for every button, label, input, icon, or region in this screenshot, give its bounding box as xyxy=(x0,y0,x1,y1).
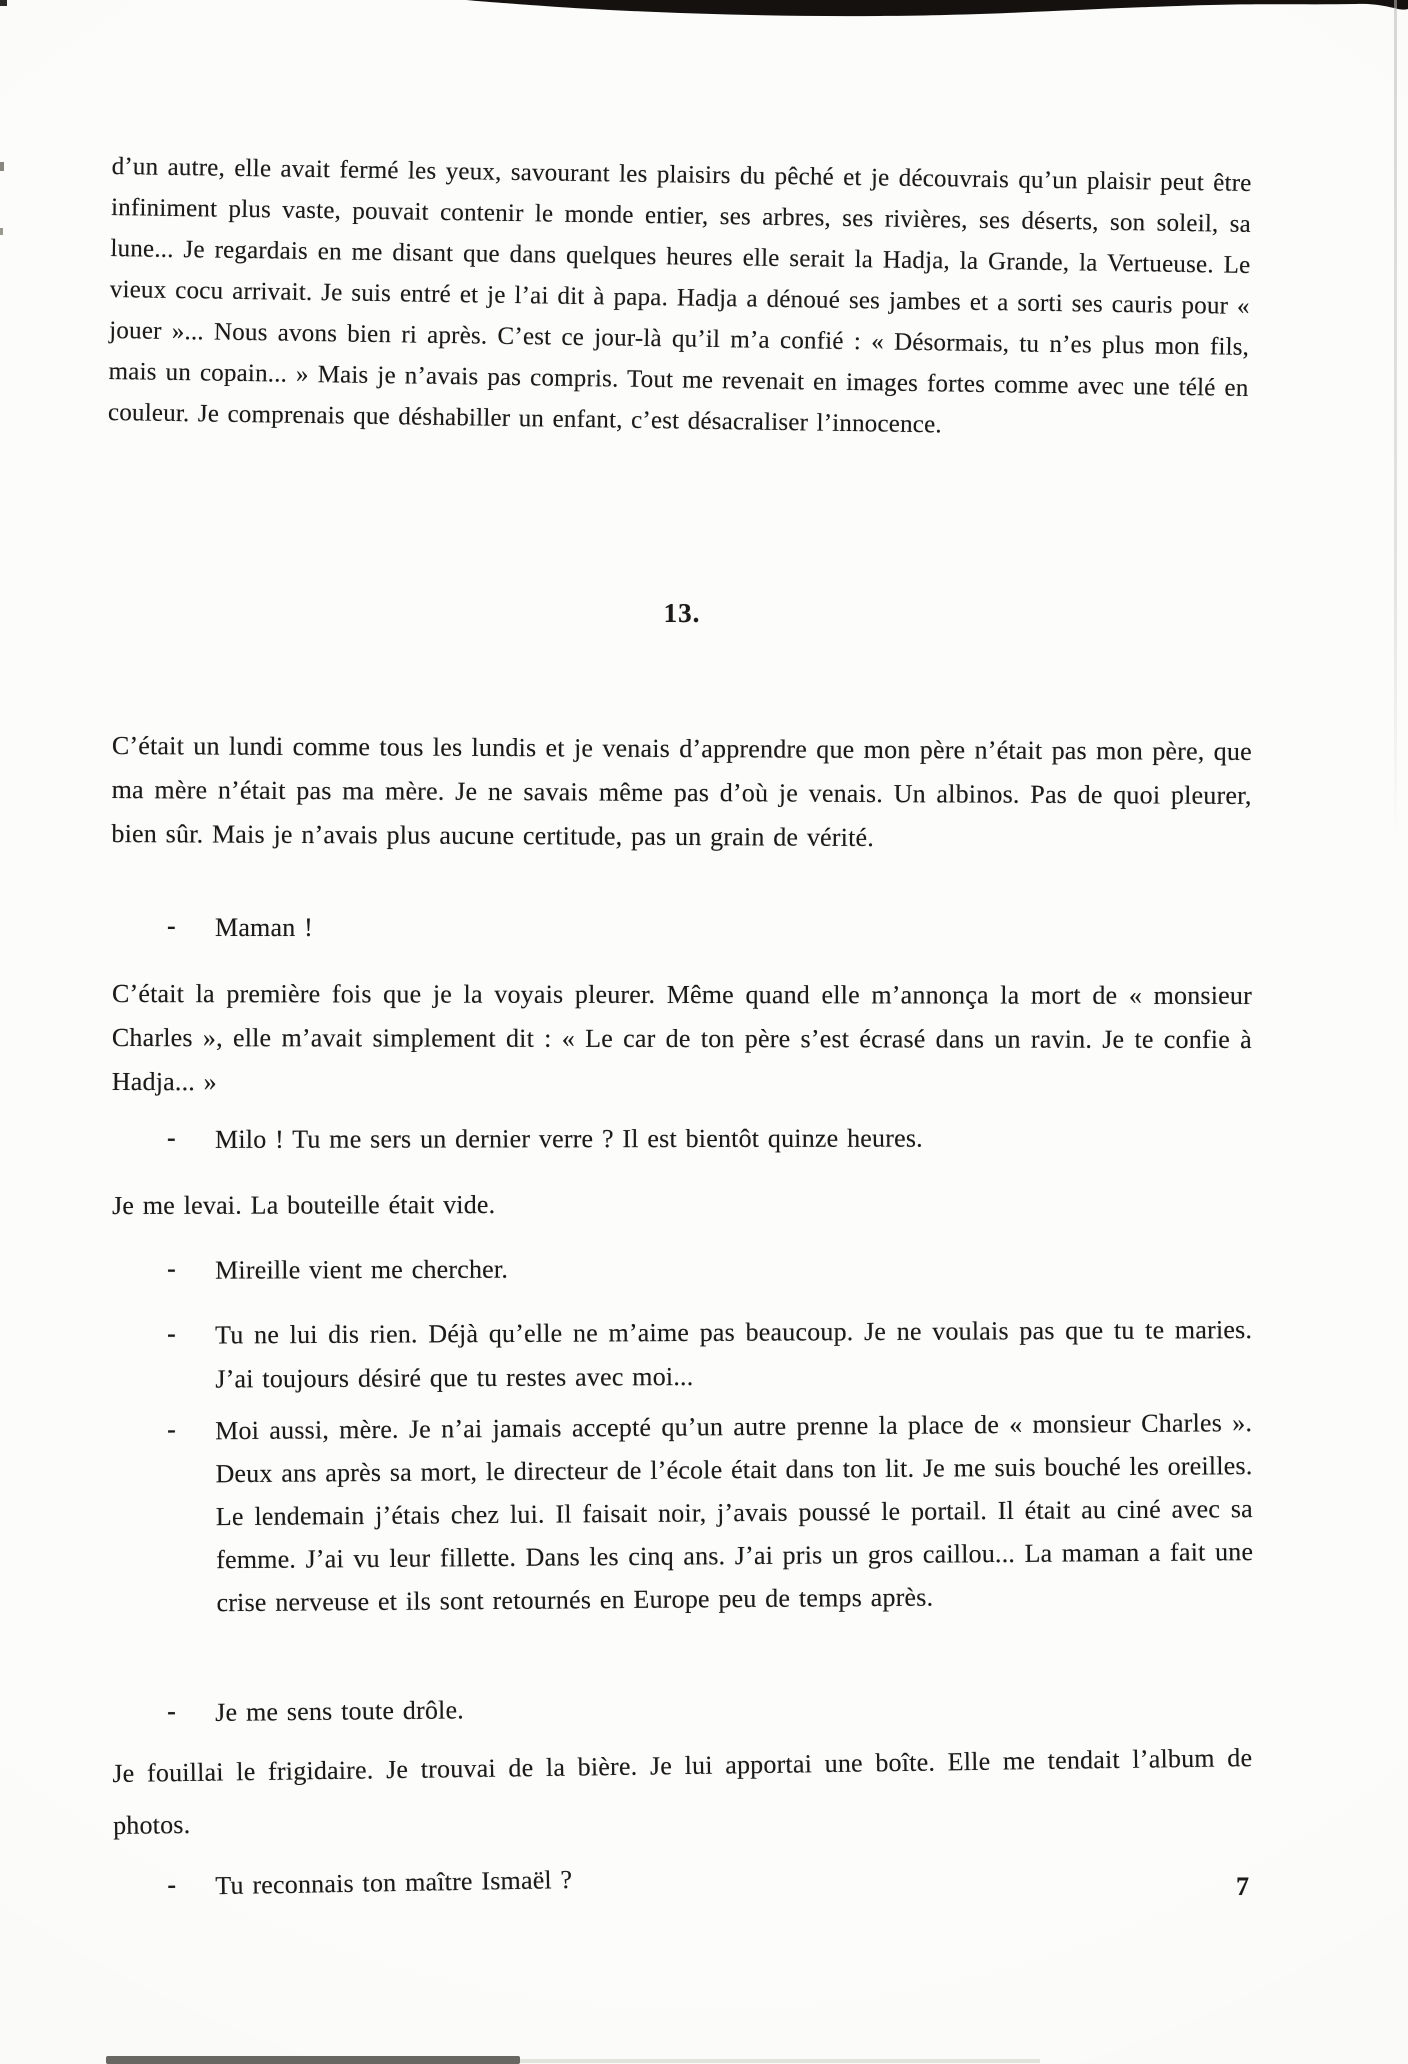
dialogue-dash: - xyxy=(167,1689,176,1733)
dialogue-text: Tu reconnais ton maître Ismaël ? xyxy=(215,1865,572,1900)
scan-right-edge-line xyxy=(1394,0,1397,838)
dialogue-dash: - xyxy=(167,1312,176,1356)
dialogue-line-moi-aussi: - Moi aussi, mère. Je n’ai jamais accept… xyxy=(112,1401,1254,1625)
dialogue-text: Moi aussi, mère. Je n’ai jamais accepté … xyxy=(215,1408,1253,1617)
scan-left-speck xyxy=(0,228,3,235)
paragraph-frigidaire: Je fouillai le frigidaire. Je trouvai de… xyxy=(112,1732,1253,1852)
section-number: 13. xyxy=(112,598,1252,629)
scan-top-edge-shadow xyxy=(0,0,1408,36)
scan-bottom-shadow-faint xyxy=(520,2059,1040,2063)
page-number: 7 xyxy=(1236,1872,1249,1902)
dialogue-dash: - xyxy=(167,1407,176,1450)
dialogue-dash: - xyxy=(167,1116,176,1160)
dialogue-line-drole: - Je me sens toute drôle. xyxy=(112,1680,1252,1736)
paragraph-premiere-fois: C’était la première fois que je la voyai… xyxy=(112,972,1252,1106)
paragraph-bouteille: Je me levai. La bouteille était vide. xyxy=(112,1181,1252,1227)
dialogue-line-milo: - Milo ! Tu me sers un dernier verre ? I… xyxy=(112,1116,1252,1162)
dialogue-text: Mireille vient me chercher. xyxy=(215,1255,508,1285)
dialogue-dash: - xyxy=(167,1863,177,1907)
dialogue-line-rien: - Tu ne lui dis rien. Déjà qu’elle ne m’… xyxy=(112,1308,1252,1402)
scanned-book-page: d’un autre, elle avait fermé les yeux, s… xyxy=(0,0,1408,2064)
scan-bottom-shadow-bar xyxy=(106,2056,520,2064)
dialogue-line-ismael: - Tu reconnais ton maître Ismaël ? xyxy=(112,1846,1253,1910)
dialogue-dash: - xyxy=(167,904,176,948)
dialogue-dash: - xyxy=(167,1247,176,1291)
dialogue-line-maman: - Maman ! xyxy=(112,906,1252,950)
dialogue-text: Maman ! xyxy=(215,913,313,942)
paragraph-lundi: C’était un lundi comme tous les lundis e… xyxy=(111,724,1252,862)
scan-corner-speck xyxy=(0,0,7,6)
dialogue-text: Milo ! Tu me sers un dernier verre ? Il … xyxy=(215,1124,923,1154)
scan-left-speck xyxy=(0,162,4,171)
dialogue-text: Tu ne lui dis rien. Déjà qu’elle ne m’ai… xyxy=(215,1315,1252,1393)
paragraph-continuation: d’un autre, elle avait fermé les yeux, s… xyxy=(108,146,1252,450)
dialogue-line-mireille: - Mireille vient me chercher. xyxy=(112,1245,1252,1293)
dialogue-text: Je me sens toute drôle. xyxy=(215,1695,464,1727)
